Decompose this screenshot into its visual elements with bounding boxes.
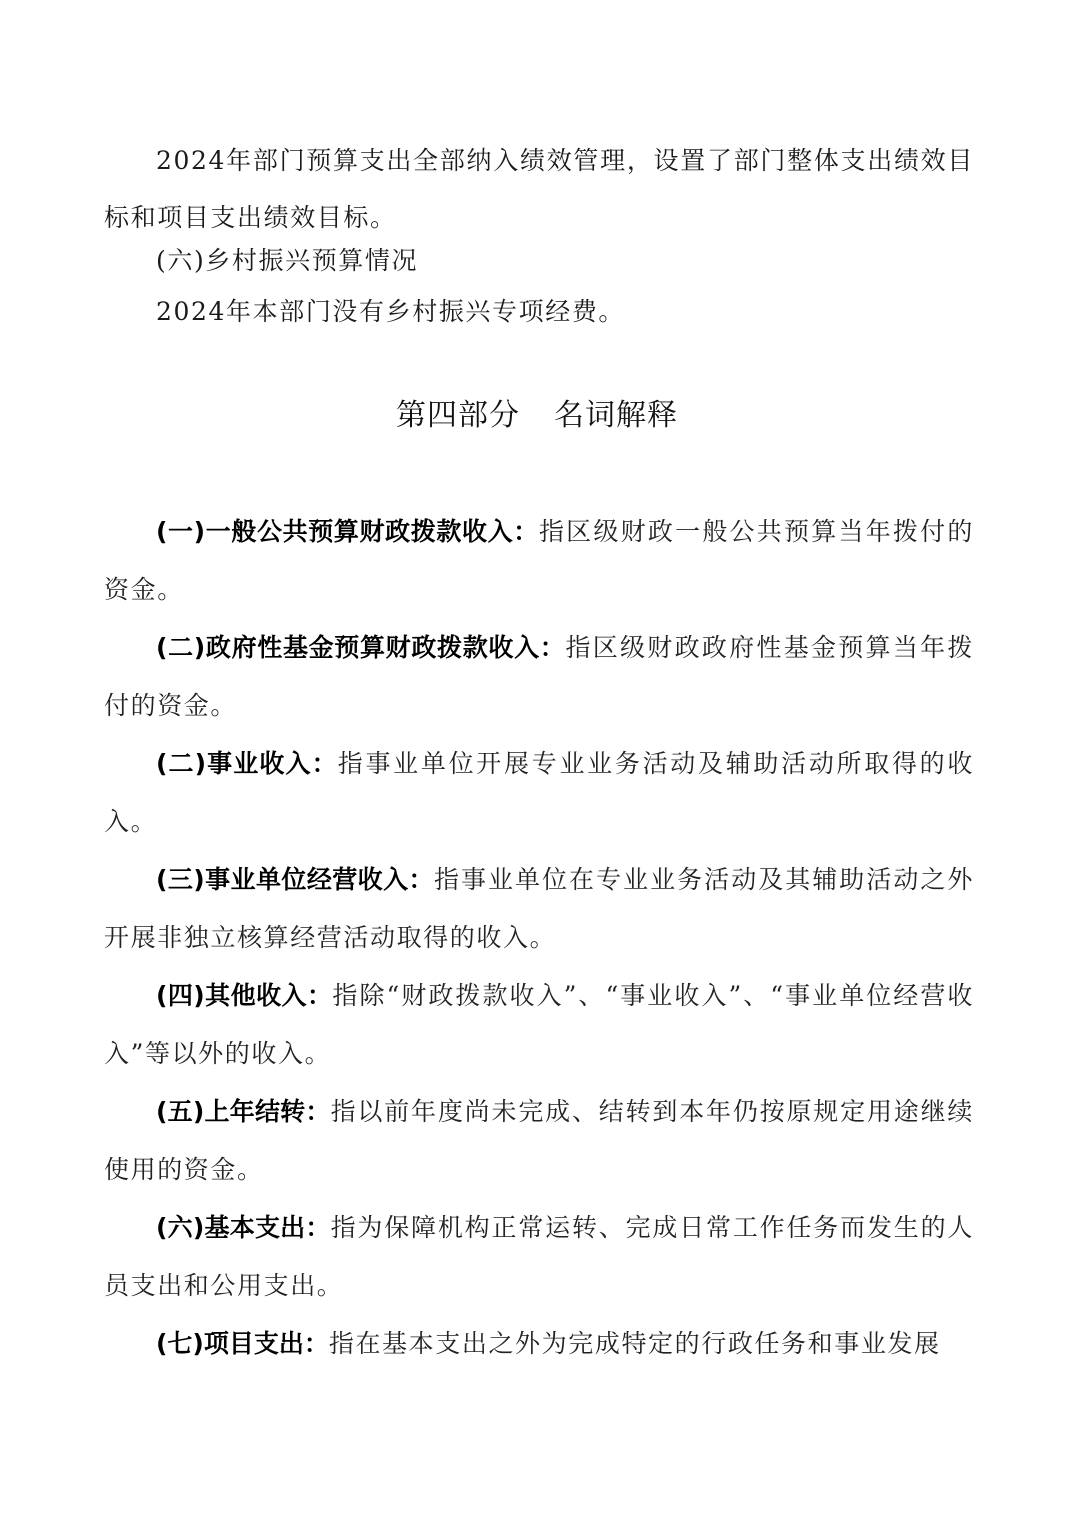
section-title: 名词解释 [554,398,678,433]
document-page: 2024年部门预算支出全部纳入绩效管理，设置了部门整体支出绩效目标和项目支出绩效… [0,0,1074,1520]
definition-item: (一)一般公共预算财政拨款收入：指区级财政一般公共预算当年拨付的资金。 [104,503,974,619]
definition-item: (二)政府性基金预算财政拨款收入：指区级财政政府性基金预算当年拨付的资金。 [104,619,974,735]
section-part-label: 第四部分 [396,398,520,433]
definition-term: (四)其他收入： [156,981,332,1010]
definition-item: (三)事业单位经营收入：指事业单位在专业业务活动及其辅助活动之外开展非独立核算经… [104,851,974,967]
definition-term: (一)一般公共预算财政拨款收入： [156,517,539,546]
definition-item: (五)上年结转：指以前年度尚未完成、结转到本年仍按原规定用途继续使用的资金。 [104,1083,974,1199]
performance-management-paragraph: 2024年部门预算支出全部纳入绩效管理，设置了部门整体支出绩效目标和项目支出绩效… [104,132,974,246]
definition-item: (四)其他收入：指除“财政拨款收入”、“事业收入”、“事业单位经营收入”等以外的… [104,967,974,1083]
definition-term: (六)基本支出： [156,1213,331,1242]
definition-term: (七)项目支出： [156,1329,329,1358]
definition-term: (三)事业单位经营收入： [156,865,434,894]
definition-text: 指在基本支出之外为完成特定的行政任务和事业发展 [329,1329,941,1358]
section-heading: 第四部分名词解释 [0,388,1074,444]
definition-item: (二)事业收入：指事业单位开展专业业务活动及辅助活动所取得的收入。 [104,735,974,851]
rural-revitalization-subheading: (六)乡村振兴预算情况 [104,232,974,289]
definition-term: (二)事业收入： [156,749,338,778]
definition-item: (七)项目支出：指在基本支出之外为完成特定的行政任务和事业发展 [104,1315,974,1373]
rural-revitalization-paragraph: 2024年本部门没有乡村振兴专项经费。 [104,283,974,340]
definition-term: (五)上年结转： [156,1097,331,1126]
definition-term: (二)政府性基金预算财政拨款收入： [156,633,565,662]
definition-item: (六)基本支出：指为保障机构正常运转、完成日常工作任务而发生的人员支出和公用支出… [104,1199,974,1315]
